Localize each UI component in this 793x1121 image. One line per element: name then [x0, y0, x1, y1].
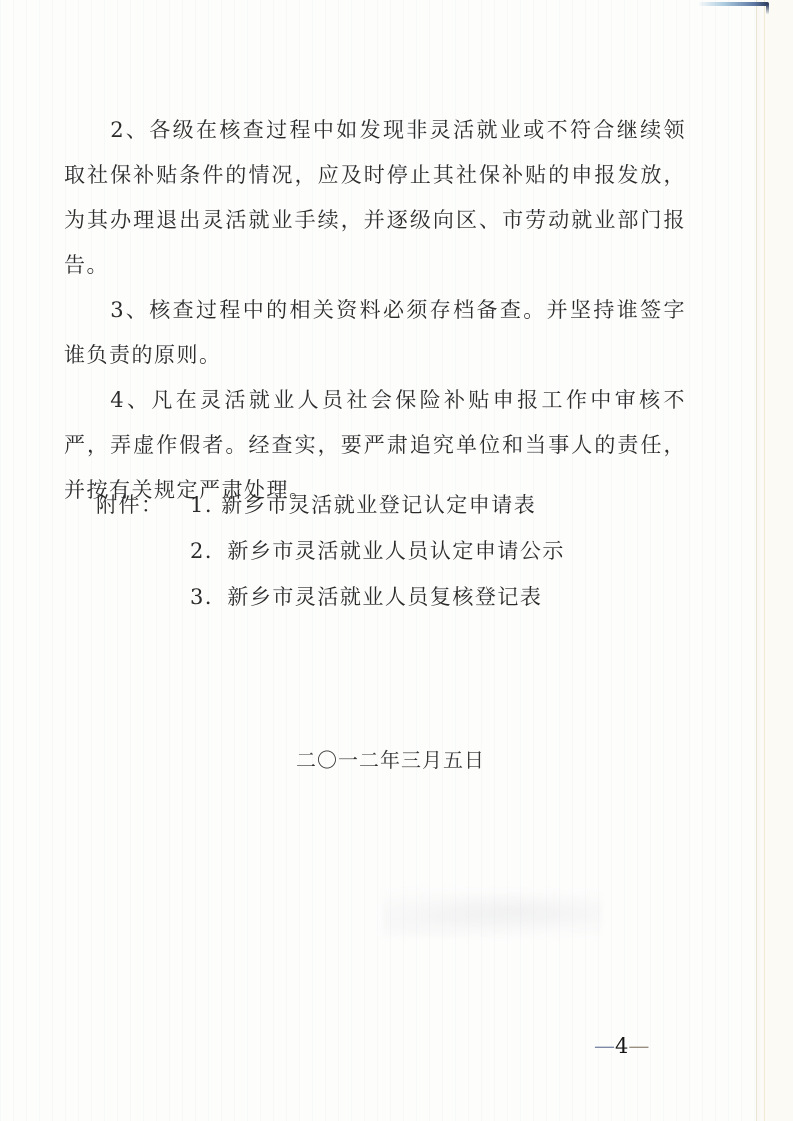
page-number: —4— [594, 1034, 649, 1058]
page-number-right-dash: — [628, 1034, 649, 1058]
scan-ghost-mark [382, 882, 602, 937]
attachments-list: 1. 新乡市灵活就业登记认定申请表 2．新乡市灵活就业人员认定申请公示 3．新乡… [190, 482, 565, 620]
document-body: 2、各级在核查过程中如发现非灵活就业或不符合继续领取社保补贴条件的情况，应及时停… [64, 108, 686, 513]
paragraph-item-3: 3、核查过程中的相关资料必须存档备查。并坚持谁签字谁负责的原则。 [64, 288, 686, 378]
scan-artifact-top-streak [699, 2, 769, 6]
attachments-block: 附件： 1. 新乡市灵活就业登记认定申请表 2．新乡市灵活就业人员认定申请公示 … [96, 482, 565, 620]
document-date: 二〇一二年三月五日 [296, 744, 485, 773]
attachment-item-2: 2．新乡市灵活就业人员认定申请公示 [190, 528, 565, 574]
page-number-left-dash: — [594, 1034, 615, 1058]
attachment-item-1: 1. 新乡市灵活就业登记认定申请表 [190, 482, 565, 528]
scanned-document-page: 2、各级在核查过程中如发现非灵活就业或不符合继续领取社保补贴条件的情况，应及时停… [0, 0, 793, 1121]
page-number-value: 4 [615, 1034, 628, 1058]
scan-right-margin [763, 0, 793, 1121]
paragraph-item-2: 2、各级在核查过程中如发现非灵活就业或不符合继续领取社保补贴条件的情况，应及时停… [64, 108, 686, 288]
attachments-label: 附件： [96, 482, 190, 528]
page-edge-line [756, 0, 765, 1121]
attachment-item-3: 3．新乡市灵活就业人员复核登记表 [190, 574, 565, 620]
